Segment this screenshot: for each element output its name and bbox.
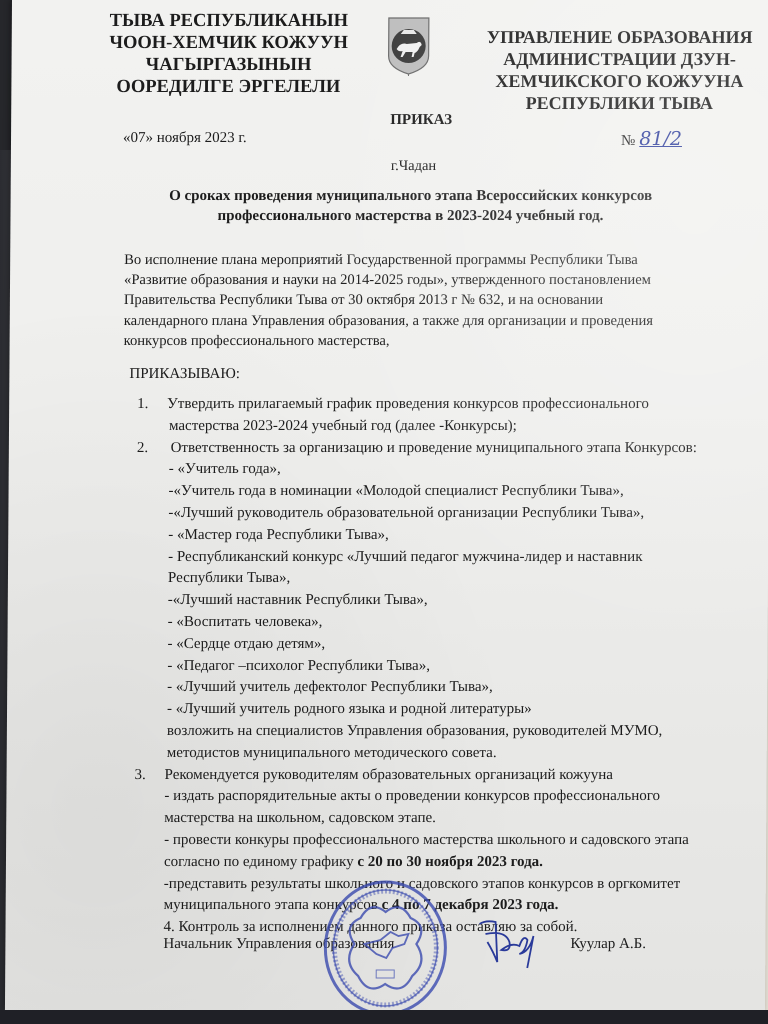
order-subject: О сроках проведения муниципального этапа… <box>150 186 670 226</box>
preamble-line: Во исполнение плана мероприятий Государс… <box>124 250 724 270</box>
number-label: № <box>621 133 635 149</box>
item-1: 1.Утвердить прилагаемый график проведени… <box>137 394 757 438</box>
item-line: Рекомендуется руководителям образователь… <box>165 767 614 783</box>
header-left-line: ЧАГЫРГАЗЫНЫН <box>108 54 348 76</box>
preamble-line: Правительства Республики Тыва от 30 октя… <box>124 290 724 310</box>
order-date: «07» ноября 2023 г. <box>123 130 247 147</box>
item-number: 2. <box>137 438 167 460</box>
item-line: - провести конкуры профессионального мас… <box>134 830 754 852</box>
item-text: согласно по единому графику <box>164 854 358 870</box>
item-number: 3. <box>135 765 165 787</box>
header-left-line: ЧООН-ХЕМЧИК КОЖУУН <box>109 32 349 54</box>
handwritten-signature-icon <box>475 912 545 972</box>
coat-of-arms-horse-icon <box>386 16 430 76</box>
header-left-line: ТЫВА РЕСПУБЛИКАНЫН <box>109 10 349 32</box>
contest-entry: - «Учитель года», <box>137 459 757 481</box>
contest-entry: Республики Тыва», <box>136 568 756 590</box>
item-line: согласно по единому графику с 20 по 30 н… <box>134 852 754 874</box>
header-right-russian: УПРАВЛЕНИЕ ОБРАЗОВАНИЯ АДМИНИСТРАЦИИ ДЗУ… <box>469 26 768 114</box>
contest-entry: - «Лучший учитель дефектолог Республики … <box>135 677 755 699</box>
dark-background-bottom <box>0 1010 768 1024</box>
header-right-line: РЕСПУБЛИКИ ТЫВА <box>469 92 768 114</box>
item-2: 2. Ответственность за организацию и пров… <box>135 438 757 765</box>
preamble-paragraph: Во исполнение плана мероприятий Государс… <box>124 250 725 351</box>
order-number: №81/2 <box>621 128 682 150</box>
order-items-list: 1.Утвердить прилагаемый график проведени… <box>133 394 757 939</box>
handwritten-number: 81/2 <box>639 128 682 150</box>
header-left-line: ООРЕДИЛГЕ ЭРГЕЛЕЛИ <box>108 76 348 98</box>
official-stamp-icon <box>320 878 451 1018</box>
subject-line: О сроках проведения муниципального этапа… <box>151 186 671 206</box>
subject-line: профессионального мастерства в 2023-2024… <box>150 206 670 226</box>
item-number: 1. <box>137 394 167 416</box>
header-left-tuvan: ТЫВА РЕСПУБЛИКАНЫН ЧООН-ХЕМЧИК КОЖУУН ЧА… <box>108 10 349 98</box>
contest-entry: - «Педагог –психолог Республики Тыва», <box>135 656 755 678</box>
document-title: ПРИКАЗ <box>371 112 471 129</box>
preamble-line: конкурсов профессионального мастерства, <box>124 331 724 351</box>
contest-entry: - «Сердце отдаю детям», <box>135 634 755 656</box>
contest-entry: -«Лучший руководитель образовательной ор… <box>136 503 756 525</box>
contest-entry: - «Мастер года Республики Тыва», <box>136 525 756 547</box>
item-line: мастерства на школьном, садовском этапе. <box>134 808 754 830</box>
item-line: Ответственность за организацию и проведе… <box>167 440 697 456</box>
header-right-line: УПРАВЛЕНИЕ ОБРАЗОВАНИЯ <box>470 26 768 48</box>
deadline-school-stage: с 20 по 30 ноября 2023 года. <box>357 854 543 870</box>
item-line: методистов муниципального методического … <box>135 743 755 765</box>
header-right-line: АДМИНИСТРАЦИИ ДЗУН- <box>470 48 768 70</box>
item-line: возложить на специалистов Управления обр… <box>135 721 755 743</box>
item-line: мастерства 2023-2024 учебный год (далее … <box>137 416 757 438</box>
preamble-line: «Развитие образования и науки на 2014-20… <box>124 270 724 290</box>
contest-entry: -«Лучший наставник Республики Тыва», <box>136 590 756 612</box>
contest-entry: -«Учитель года в номинации «Молодой спец… <box>136 481 756 503</box>
order-city: г.Чадан <box>391 158 436 175</box>
order-directive: ПРИКАЗЫВАЮ: <box>129 366 240 383</box>
document-page: ТЫВА РЕСПУБЛИКАНЫН ЧООН-ХЕМЧИК КОЖУУН ЧА… <box>5 0 768 1012</box>
signer-name: Куулар А.Б. <box>570 936 646 953</box>
photo-scene: ТЫВА РЕСПУБЛИКАНЫН ЧООН-ХЕМЧИК КОЖУУН ЧА… <box>0 0 768 1024</box>
contest-entry: - «Лучший учитель родного языка и родной… <box>135 699 755 721</box>
contest-entry: - Республиканский конкурс «Лучший педаго… <box>136 547 756 569</box>
contest-entry: - «Воспитать человека», <box>136 612 756 634</box>
item-line: - издать распорядительные акты о проведе… <box>134 786 754 808</box>
preamble-line: календарного плана Управления образовани… <box>124 311 724 331</box>
item-line: Утвердить прилагаемый график проведения … <box>167 396 649 412</box>
header-right-line: ХЕМЧИКСКОГО КОЖУУНА <box>469 70 768 92</box>
